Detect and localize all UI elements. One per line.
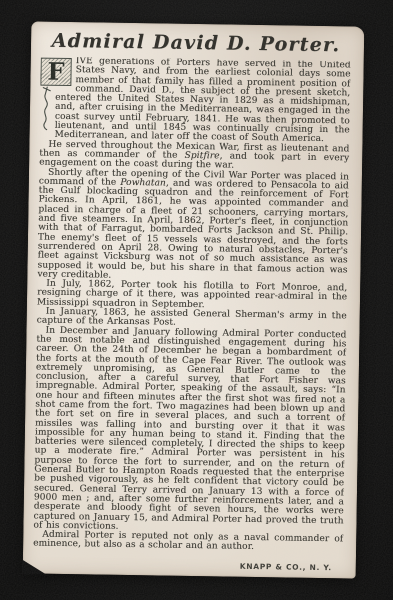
drop-cap-initial: F [40,58,71,86]
clipped-corner [22,559,47,574]
photo-backdrop: Admiral David D. Porter. F IVE generatio… [0,0,393,600]
card-title: Admiral David D. Porter. [41,30,351,57]
card-body: F IVE generations of Porters have served… [33,57,351,556]
paragraph: In December and January following Admira… [33,326,346,535]
dropcap-flourish-icon [40,87,54,131]
trading-card: Admiral David D. Porter. F IVE generatio… [23,21,365,578]
paragraph: Shortly after the opening of the Civil W… [37,168,349,284]
publisher-credit: KNAPP & CO., N. Y. [240,562,332,572]
paragraph: IVE generations of Porters have served i… [39,57,350,146]
paragraph: Admiral Porter is reputed not only as a … [33,531,343,554]
